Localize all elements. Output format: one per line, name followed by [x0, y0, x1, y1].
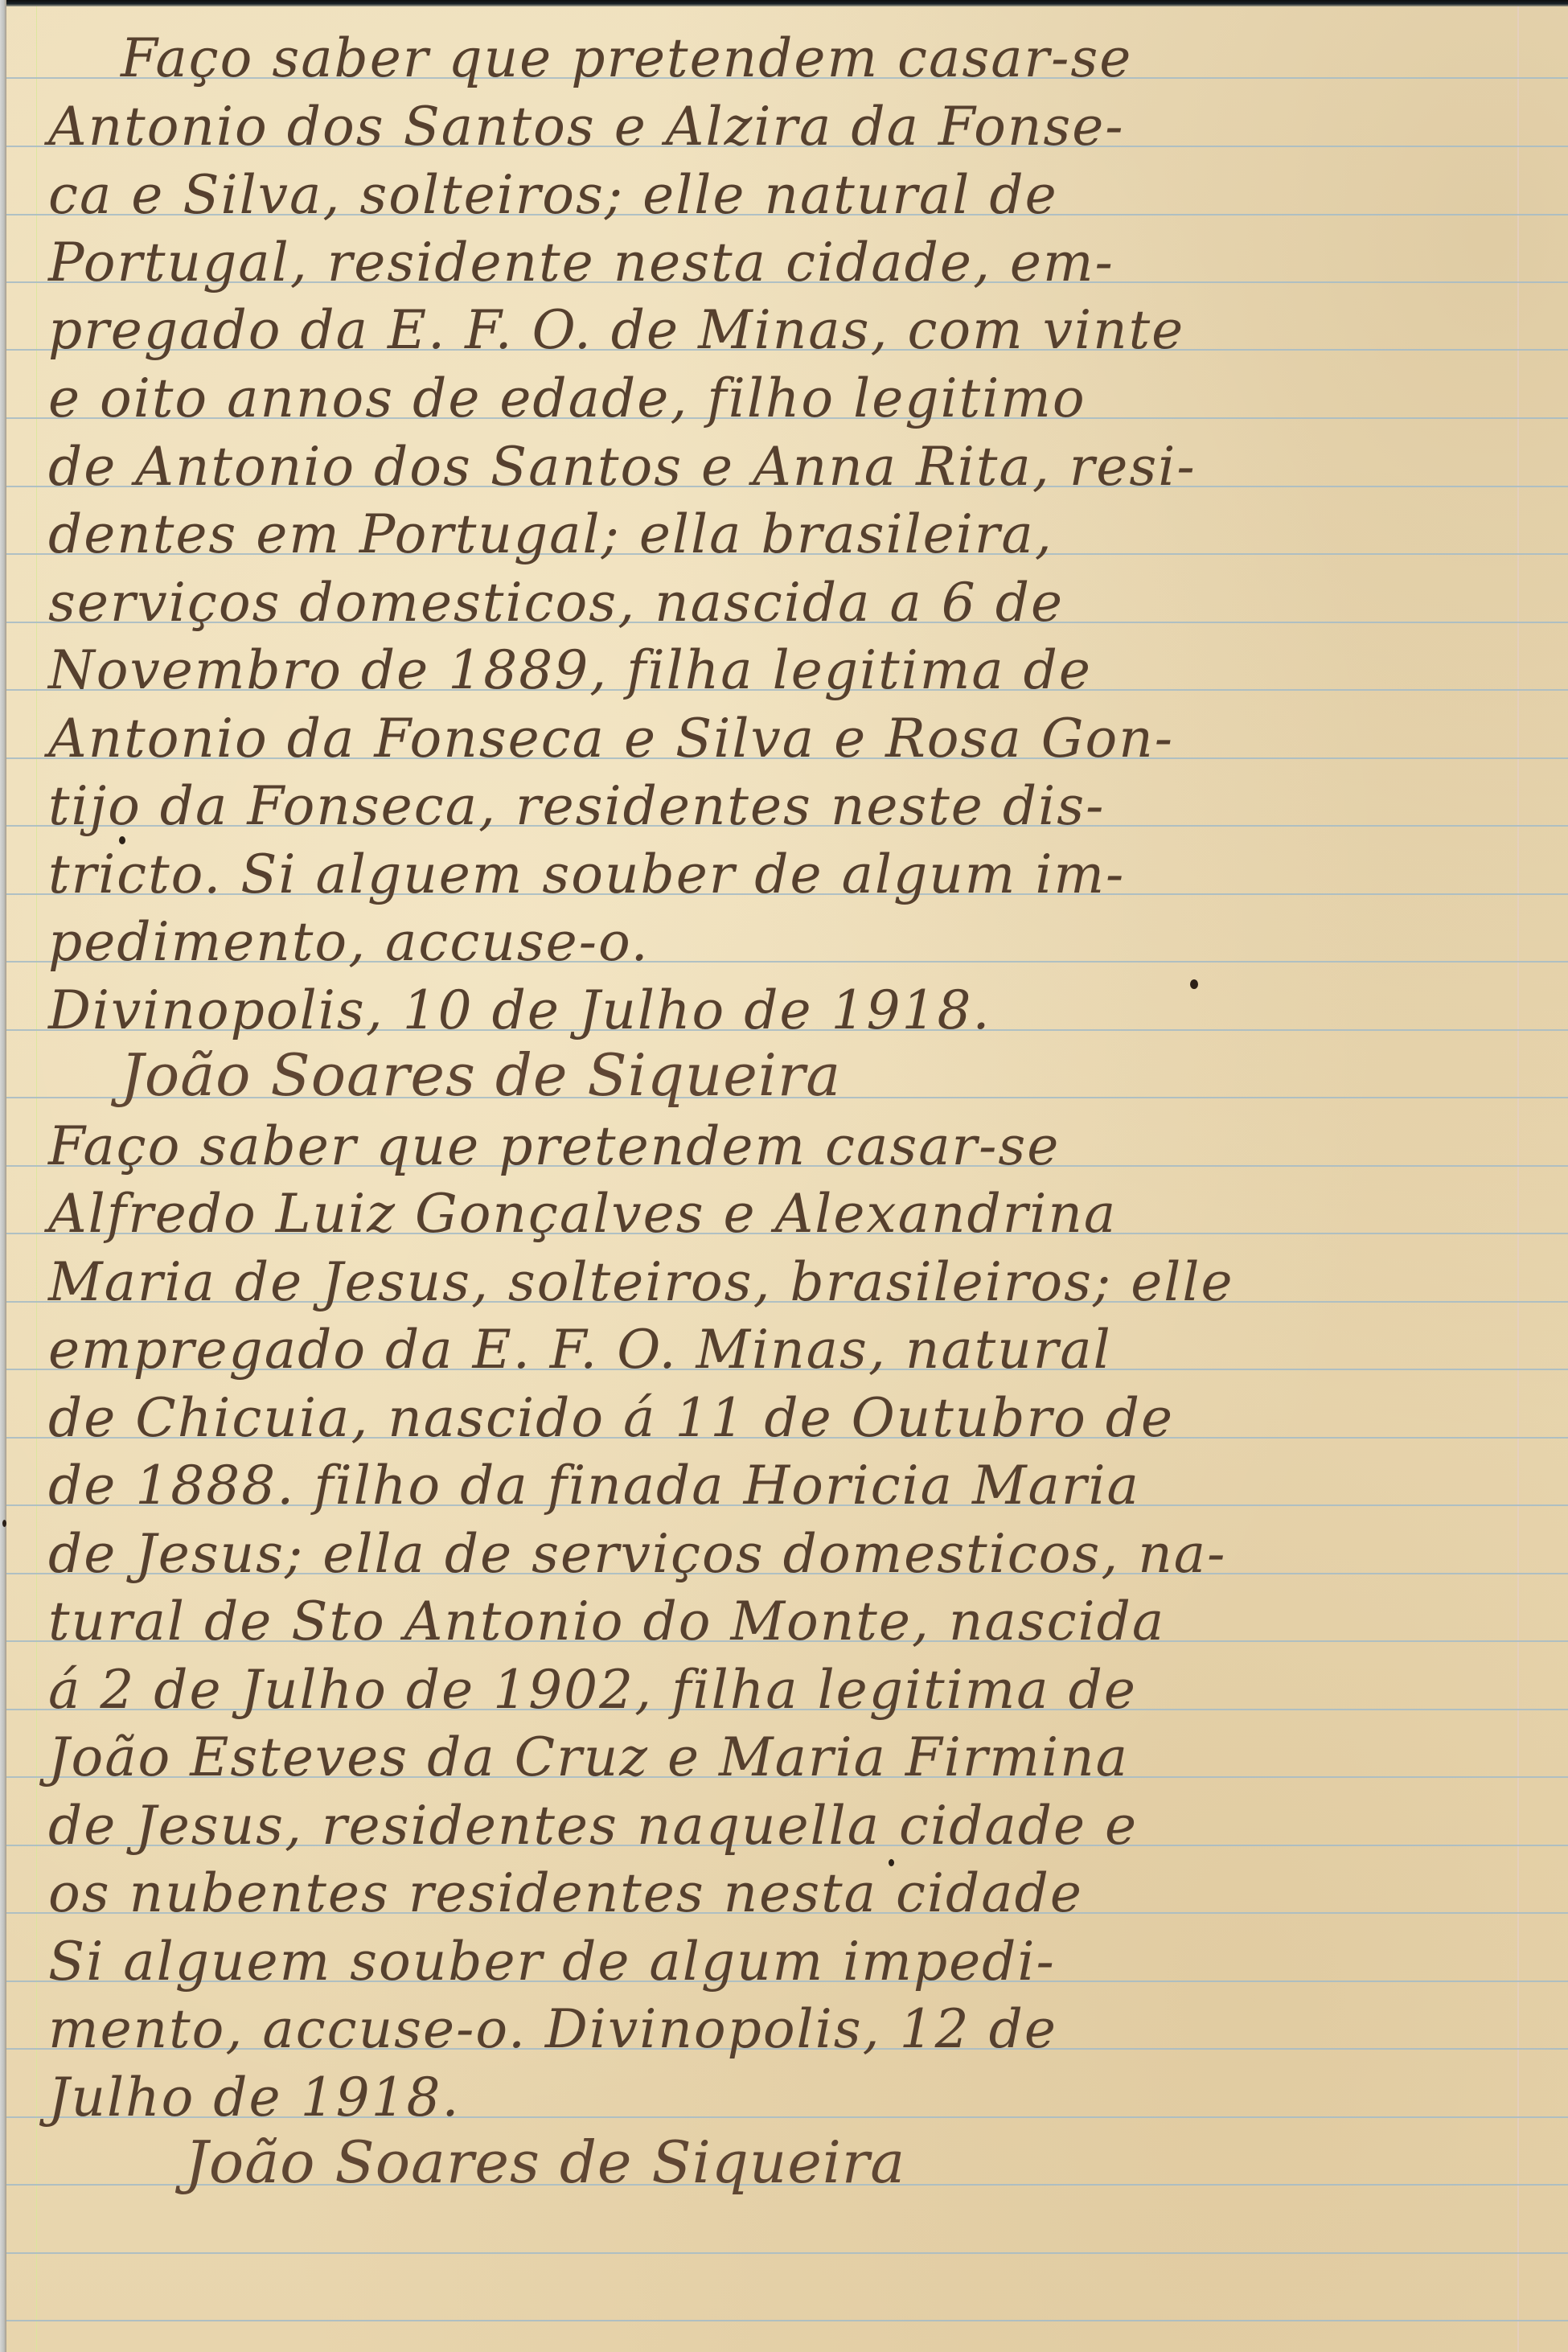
notice-line: de 1888. filho da finada Horicia Maria — [48, 1459, 1512, 1513]
ruled-line — [6, 2252, 1568, 2254]
notice-line: mento, accuse-o. Divinopolis, 12 de — [48, 2003, 1512, 2056]
notice-line: Si alguem souber de algum impedi- — [48, 1935, 1512, 1989]
ruled-line — [6, 2320, 1568, 2321]
notice-line: ca e Silva, solteiros; elle natural de — [48, 169, 1512, 222]
notice-line: Maria de Jesus, solteiros, brasileiros; … — [48, 1256, 1512, 1309]
notice-line: tricto. Si alguem souber de algum im- — [48, 848, 1512, 901]
notice-line: serviços domesticos, nascida a 6 de — [48, 577, 1512, 630]
ink-blot — [119, 836, 125, 844]
notice-line: dentes em Portugal; ella brasileira, — [48, 508, 1512, 561]
notice-line: tural de Sto Antonio do Monte, nascida — [48, 1595, 1512, 1648]
notice-date-line: Divinopolis, 10 de Julho de 1918. — [48, 984, 1512, 1037]
notice-line: pedimento, accuse-o. — [48, 916, 1512, 969]
notice-line: empregado da E. F. O. Minas, natural — [48, 1324, 1512, 1377]
ink-blot — [889, 1859, 894, 1866]
page-top-edge — [0, 0, 1568, 6]
notice-line: João Esteves da Cruz e Maria Firmina — [48, 1731, 1512, 1784]
page-left-edge — [0, 0, 6, 2352]
notice-line: os nubentes residentes nesta cidade — [48, 1867, 1512, 1920]
notice-line: á 2 de Julho de 1902, filha legitima de — [48, 1664, 1512, 1717]
notice-line: Alfredo Luiz Gonçalves e Alexandrina — [48, 1188, 1512, 1241]
notice-signature: João Soares de Siqueira — [121, 1049, 1568, 1102]
notice-line: de Chicuia, nascido á 11 de Outubro de — [48, 1392, 1512, 1445]
notice-line: Faço saber que pretendem casar-se — [48, 1120, 1512, 1173]
right-margin-line — [1517, 6, 1519, 2352]
ink-blot — [2, 1520, 6, 1527]
notice-line: Novembro de 1889, filha legitima de — [48, 644, 1512, 697]
notice-line: Antonio dos Santos e Alzira da Fonse- — [48, 101, 1512, 154]
notice-line: de Antonio dos Santos e Anna Rita, resi- — [48, 441, 1512, 494]
notebook-page: Faço saber que pretendem casar-se Antoni… — [0, 0, 1568, 2352]
notice-line: Antonio da Fonseca e Silva e Rosa Gon- — [48, 712, 1512, 766]
notice-line: pregado da E. F. O. de Minas, com vinte — [48, 304, 1512, 357]
left-margin-line — [36, 6, 37, 2352]
notice-line: Faço saber que pretendem casar-se — [121, 32, 1568, 85]
notice-signature: João Soares de Siqueira — [185, 2136, 1568, 2189]
ink-blot — [1190, 979, 1198, 989]
notice-line: tijo da Fonseca, residentes neste dis- — [48, 780, 1512, 833]
notice-line: de Jesus; ella de serviços domesticos, n… — [48, 1528, 1512, 1581]
notice-line: e oito annos de edade, filho legitimo — [48, 372, 1512, 425]
notice-date-line: Julho de 1918. — [48, 2071, 1512, 2124]
notice-line: Portugal, residente nesta cidade, em- — [48, 236, 1512, 289]
notice-line: de Jesus, residentes naquella cidade e — [48, 1800, 1512, 1853]
